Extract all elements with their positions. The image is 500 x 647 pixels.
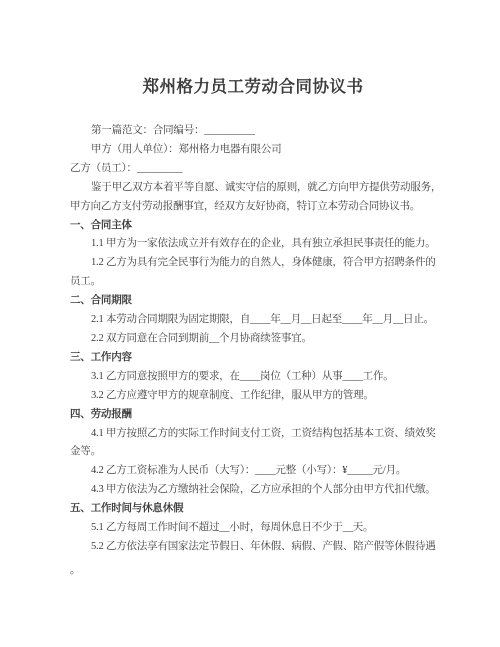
text-line: 1.1 甲方为一家依法成立并有效存在的企业，具有独立承担民事责任的能力。 (70, 235, 436, 254)
text-line: 四、劳动报酬 (70, 406, 436, 425)
text-line: 五、工作时间与休息休假 (70, 500, 436, 519)
text-line: 二、合同期限 (70, 292, 436, 311)
text-line: 。 (70, 562, 436, 581)
text-line: 员工。 (70, 273, 436, 292)
contract-document-page: 郑州格力员工劳动合同协议书 第一篇范文：合同编号：__________甲方（用人… (0, 0, 500, 647)
text-line: 三、工作内容 (70, 349, 436, 368)
text-line: 5.2 乙方依法享有国家法定节假日、年休假、病假、产假、陪产假等休假待遇 (70, 538, 436, 557)
text-line: 鉴于甲乙双方本着平等自愿、诚实守信的原则，就乙方向甲方提供劳动服务， (70, 179, 436, 198)
text-line: 甲方（用人单位）：郑州格力电器有限公司 (70, 141, 436, 160)
text-line: 4.2 乙方工资标准为人民币（大写）：____元整（小写）：¥_____元/月。 (70, 462, 436, 481)
text-line: 甲方向乙方支付劳动报酬事宜，经双方友好协商，特订立本劳动合同协议书。 (70, 198, 436, 217)
text-line: 一、合同主体 (70, 217, 436, 236)
document-title: 郑州格力员工劳动合同协议书 (70, 76, 436, 98)
text-line: 1.2 乙方为具有完全民事行为能力的自然人，身体健康，符合甲方招聘条件的 (70, 254, 436, 273)
text-line: 第一篇范文：合同编号：__________ (70, 122, 436, 141)
text-line: 5.1 乙方每周工作时间不超过__小时，每周休息日不少于__天。 (70, 519, 436, 538)
text-line: 2.1 本劳动合同期限为固定期限，自____年__月__日起至____年__月_… (70, 311, 436, 330)
document-body: 第一篇范文：合同编号：__________甲方（用人单位）：郑州格力电器有限公司… (70, 122, 436, 581)
text-line: 4.3 甲方依法为乙方缴纳社会保险，乙方应承担的个人部分由甲方代扣代缴。 (70, 481, 436, 500)
text-line: 3.2 乙方应遵守甲方的规章制度、工作纪律，服从甲方的管理。 (70, 387, 436, 406)
text-line: 4.1 甲方按照乙方的实际工作时间支付工资，工资结构包括基本工资、绩效奖 (70, 425, 436, 444)
text-line: 乙方（员工）：_________ (70, 160, 436, 179)
text-line: 3.1 乙方同意按照甲方的要求，在____岗位（工种）从事____工作。 (70, 368, 436, 387)
text-line: 金等。 (70, 443, 436, 462)
text-line: 2.2 双方同意在合同到期前__个月协商续签事宜。 (70, 330, 436, 349)
